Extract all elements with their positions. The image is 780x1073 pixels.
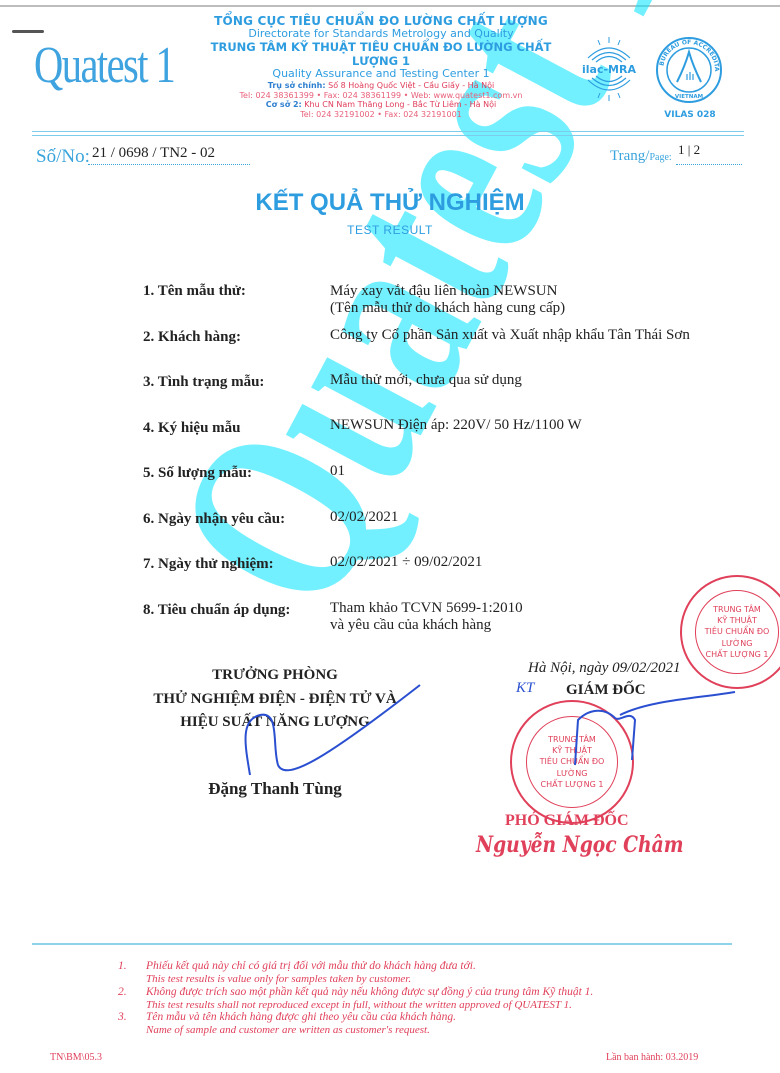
field-value-quantity: 01 [330,463,345,480]
deputy-director-signature-icon [560,690,740,770]
on-behalf-mark: KT [516,680,534,697]
branch-address: Cơ sở 2: Khu CN Nam Thăng Long - Bắc Từ … [196,100,566,109]
note-item: 2. Không được trích sao một phần kết quả… [118,986,718,1012]
department-head-name: Đặng Thanh Tùng [140,779,410,799]
note-number: 3. [118,1011,146,1037]
scan-edge-line [0,5,780,7]
standard-reference: Tham khảo TCVN 5699-1:2010 [330,600,523,617]
note-text-vi: Tên mẫu và tên khách hàng được ghi theo … [146,1011,456,1024]
note-number: 1. [118,960,146,986]
field-value-request-date: 02/02/2021 [330,509,398,526]
page-label-en: Page: [649,152,671,163]
number-dotted-line [88,164,250,165]
note-text-en: Name of sample and customer are written … [146,1024,456,1037]
center-name-en: Quality Assurance and Testing Center 1 [196,68,566,81]
note-number: 2. [118,986,146,1012]
document-number: 21 / 0698 / TN2 - 02 [92,145,215,162]
note-text-vi: Phiếu kết quả này chỉ có giá trị đối với… [146,960,476,973]
branch-label: Cơ sở 2: [266,100,302,109]
hq-address-text: Số 8 Hoàng Quốc Việt - Cầu Giấy - Hà Nội [328,81,494,90]
page-dotted-line [676,164,742,165]
ilac-mra-badge-icon: ilac-MRA [576,36,642,102]
stamp-line: TIÊU CHUẨN ĐO LƯỜNG [696,626,778,648]
note-item: 3. Tên mẫu và tên khách hàng được ghi th… [118,1011,718,1037]
standard-customer-requirement: và yêu cầu của khách hàng [330,617,523,634]
field-value-sample-code: NEWSUN Điện áp: 220V/ 50 Hz/1100 W [330,417,582,434]
hq-address: Trụ sở chính: Số 8 Hoàng Quốc Việt - Cầu… [196,81,566,90]
hq-contact: Tel: 024 38361399 • Fax: 024 38361199 • … [196,91,566,100]
field-value-standard: Tham khảo TCVN 5699-1:2010 và yêu cầu củ… [330,600,523,635]
svg-text:ilac-MRA: ilac-MRA [582,63,636,76]
vilas-number: VILAS 028 [660,110,720,120]
deputy-director-name: Nguyễn Ngọc Châm [476,832,684,858]
sample-name-note: (Tên mẫu thử do khách hàng cung cấp) [330,300,565,317]
hq-label: Trụ sở chính: [268,81,326,90]
field-value-sample-condition: Mẫu thử mới, chưa qua sử dụng [330,372,522,389]
field-value-customer: Công ty Cổ phần Sản xuất và Xuất nhập kh… [330,327,690,344]
page-number: 1 | 2 [678,142,700,158]
issue-version: Lần ban hành: 03.2019 [606,1052,698,1063]
svg-text:VIETNAM: VIETNAM [675,94,703,100]
quatest-logo: Quatest 1 [34,40,174,92]
sample-name: Máy xay vắt đậu liên hoàn NEWSUN [330,283,565,300]
field-label-customer: 2. Khách hàng: [143,329,241,346]
form-code: TN\BM\05.3 [50,1052,102,1063]
scan-mark [12,30,44,33]
page-label-vi: Trang/ [610,148,649,164]
branch-address-text: Khu CN Nam Thăng Long - Bắc Từ Liêm - Hà… [304,100,496,109]
field-label-sample-condition: 3. Tình trạng mẫu: [143,374,264,391]
partial-seal-stamp-icon: TRUNG TÂM KỸ THUẬT TIÊU CHUẨN ĐO LƯỜNG C… [680,575,780,689]
document-title: KẾT QUẢ THỬ NGHIỆM [0,189,780,217]
note-item: 1. Phiếu kết quả này chỉ có giá trị đối … [118,960,718,986]
deputy-director-title: PHÓ GIÁM ĐỐC [505,812,629,830]
field-label-sample-code: 4. Ký hiệu mẫu [143,420,241,437]
field-label-test-date: 7. Ngày thử nghiệm: [143,556,274,573]
department-head-signature-icon [230,675,430,785]
header-divider [32,131,744,136]
stamp-line: CHẤT LƯỢNG 1 [541,779,604,790]
notes-list: 1. Phiếu kết quả này chỉ có giá trị đối … [118,960,718,1037]
place-and-date: Hà Nội, ngày 09/02/2021 [528,660,681,677]
footer-divider [32,943,732,945]
stamp-line: KỸ THUẬT [717,615,757,626]
field-label-standard: 8. Tiêu chuẩn áp dụng: [143,602,290,619]
center-name-vi: TRUNG TÂM KỸ THUẬT TIÊU CHUẨN ĐO LƯỜNG C… [196,41,566,68]
branch-contact: Tel: 024 32191002 • Fax: 024 32191001 [196,110,566,119]
page-label: Trang/Page: [610,148,672,165]
note-text-en: This test results shall not reproduced e… [146,999,593,1012]
field-label-quantity: 5. Số lượng mẫu: [143,465,252,482]
note-text-vi: Không được trích sao một phần kết quả nà… [146,986,593,999]
letterhead: TỔNG CỤC TIÊU CHUẨN ĐO LƯỜNG CHẤT LƯỢNG … [196,14,566,119]
field-value-test-date: 02/02/2021 ÷ 09/02/2021 [330,554,482,571]
stamp-line: TRUNG TÂM [713,604,761,615]
field-label-request-date: 6. Ngày nhận yêu cầu: [143,511,285,528]
field-value-sample-name: Máy xay vắt đậu liên hoàn NEWSUN (Tên mẫ… [330,283,565,318]
number-label: Số/No: [36,146,90,168]
bureau-of-accreditation-badge-icon: BUREAU OF ACCREDITATION VIETNAM [655,36,723,104]
note-text-en: This test results is value only for samp… [146,973,476,986]
org-name-vi: TỔNG CỤC TIÊU CHUẨN ĐO LƯỜNG CHẤT LƯỢNG [196,14,566,28]
stamp-line: CHẤT LƯỢNG 1 [706,649,769,660]
document-subtitle: TEST RESULT [0,223,780,237]
field-label-sample-name: 1. Tên mẫu thử: [143,283,246,300]
